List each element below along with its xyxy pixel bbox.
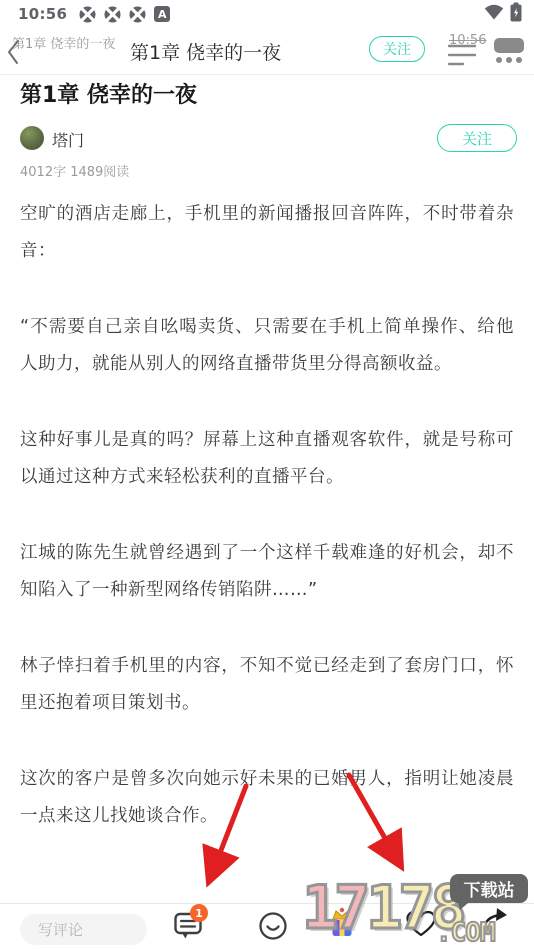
follow-button-nav[interactable]: 关注 xyxy=(369,36,425,62)
auto-brightness-icon: A xyxy=(154,6,170,22)
share-icon[interactable] xyxy=(478,905,512,941)
wifi-icon xyxy=(484,4,504,24)
chapter-body: 空旷的酒店走廊上，手机里的新闻播报回音阵阵，不时带着杂音： “不需要自己亲自吆喝… xyxy=(20,196,514,874)
reader-screen: 10:56 A 第1章 侥幸的一夜 第1章 侥幸的一夜 关注 10:56 xyxy=(0,0,534,950)
follow-button-author[interactable]: 关注 xyxy=(437,124,517,152)
app-notification-icon xyxy=(129,6,146,23)
comment-input[interactable] xyxy=(20,914,147,945)
author-name[interactable]: 塔门 xyxy=(52,128,84,151)
watermark-bubble: 下载站 xyxy=(450,874,528,903)
paragraph: 这种好事儿是真的吗？屏幕上这种直播观客软件，就是号称可以通过这种方式来轻松获利的… xyxy=(20,422,514,496)
comments-count-badge: 1 xyxy=(190,904,208,922)
more-menu-icon[interactable] xyxy=(492,36,526,68)
gift-icon[interactable] xyxy=(326,906,358,944)
back-icon[interactable] xyxy=(5,38,23,70)
battery-charging-icon xyxy=(510,2,522,26)
ghost-status-time: 10:56 xyxy=(449,33,486,48)
author-row: 塔门 关注 xyxy=(20,124,514,152)
author-avatar[interactable] xyxy=(20,126,44,150)
paragraph: 江城的陈先生就曾经遇到了一个这样千载难逢的好机会，却不知陷入了一种新型网络传销陷… xyxy=(20,535,514,609)
chapter-title: 第1章 侥幸的一夜 xyxy=(20,78,197,109)
app-notification-icon xyxy=(104,6,121,23)
chapter-stats: 4012字 1489阅读 xyxy=(20,161,129,180)
status-bar: 10:56 A xyxy=(0,0,534,28)
like-heart-icon[interactable] xyxy=(404,908,438,944)
paragraph: 空旷的酒店走廊上，手机里的新闻播报回音阵阵，不时带着杂音： xyxy=(20,196,514,270)
app-notification-icon xyxy=(79,6,96,23)
reaction-smiley-icon[interactable] xyxy=(258,911,288,945)
nav-chapter-title: 第1章 侥幸的一夜 xyxy=(130,38,281,65)
paragraph: 这次的客户是曾多次向她示好未果的已婚男人，指明让她凌晨一点来这儿找她谈合作。 xyxy=(20,761,514,835)
paragraph: “不需要自己亲自吆喝卖货、只需要在手机上简单操作、给他人助力，就能从别人的网络直… xyxy=(20,309,514,383)
paragraph: 林子悻扫着手机里的内容，不知不觉已经走到了套房门口，怀里还抱着项目策划书。 xyxy=(20,648,514,722)
status-time: 10:56 xyxy=(18,5,67,23)
ghost-page-title: 第1章 侥幸的一夜 xyxy=(12,33,115,52)
